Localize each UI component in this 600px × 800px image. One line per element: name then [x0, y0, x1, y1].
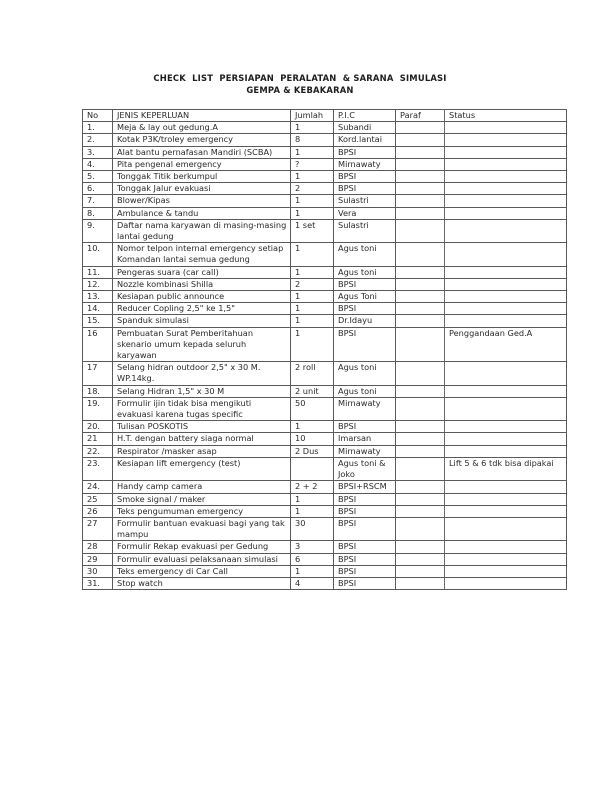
- cell-jumlah: 2 + 2: [291, 481, 334, 493]
- cell-no: 23.: [83, 457, 113, 480]
- table-row: 29Formulir evaluasi pelaksanaan simulasi…: [83, 553, 567, 565]
- table-row: 12.Nozzle kombinasi Shilla2BPSI: [83, 278, 567, 290]
- cell-jenis-keperluan: Pita pengenal emergency: [113, 158, 291, 170]
- cell-jumlah: 1: [291, 505, 334, 517]
- cell-jenis-keperluan: Smoke signal / maker: [113, 493, 291, 505]
- cell-jenis-keperluan: Reducer Copling 2,5" ke 1,5": [113, 303, 291, 315]
- cell-pic: Mirnawaty: [334, 445, 396, 457]
- cell-no: 19.: [83, 397, 113, 420]
- cell-jenis-keperluan: Respirator /masker asap: [113, 445, 291, 457]
- header-pic: P.I.C: [334, 110, 396, 122]
- table-row: 28Formulir Rekap evakuasi per Gedung3BPS…: [83, 541, 567, 553]
- cell-no: 31.: [83, 577, 113, 589]
- cell-paraf: [396, 171, 445, 183]
- table-row: 16Pembuatan Surat Pemberitahuan skenario…: [83, 327, 567, 362]
- cell-no: 7.: [83, 195, 113, 207]
- table-row: 8.Ambulance & tandu1Vera: [83, 207, 567, 219]
- header-jumlah: Jumlah: [291, 110, 334, 122]
- cell-jenis-keperluan: Kotak P3K/troley emergency: [113, 134, 291, 146]
- cell-pic: Mirnawaty: [334, 397, 396, 420]
- cell-status: [445, 278, 567, 290]
- cell-jenis-keperluan: Tonggak Jalur evakuasi: [113, 183, 291, 195]
- cell-jenis-keperluan: Meja & lay out gedung.A: [113, 122, 291, 134]
- header-paraf: Paraf: [396, 110, 445, 122]
- cell-no: 17: [83, 362, 113, 385]
- cell-status: [445, 315, 567, 327]
- cell-jenis-keperluan: Blower/Kipas: [113, 195, 291, 207]
- cell-jenis-keperluan: Selang hidran outdoor 2,5" x 30 M. WP.14…: [113, 362, 291, 385]
- table-body: 1.Meja & lay out gedung.A1Subandi2.Kotak…: [83, 122, 567, 590]
- cell-paraf: [396, 457, 445, 480]
- table-row: 25Smoke signal / maker1BPSI: [83, 493, 567, 505]
- cell-status: [445, 481, 567, 493]
- cell-pic: BPSI: [334, 553, 396, 565]
- table-row: 5.Tonggak Titik berkumpul1BPSI: [83, 171, 567, 183]
- cell-jenis-keperluan: Kesiapan public announce: [113, 291, 291, 303]
- cell-pic: Sulastri: [334, 195, 396, 207]
- cell-status: [445, 303, 567, 315]
- cell-jumlah: [291, 457, 334, 480]
- table-row: 15.Spanduk simulasi1Dr.Idayu: [83, 315, 567, 327]
- cell-status: [445, 517, 567, 540]
- cell-no: 8.: [83, 207, 113, 219]
- cell-jumlah: 2: [291, 183, 334, 195]
- cell-pic: BPSI: [334, 146, 396, 158]
- cell-pic: Agus toni: [334, 362, 396, 385]
- table-row: 2.Kotak P3K/troley emergency8Kord.lantai: [83, 134, 567, 146]
- header-status: Status: [445, 110, 567, 122]
- cell-paraf: [396, 327, 445, 362]
- cell-pic: BPSI: [334, 421, 396, 433]
- cell-paraf: [396, 553, 445, 565]
- cell-no: 18.: [83, 385, 113, 397]
- cell-pic: Agus toni: [334, 385, 396, 397]
- table-row: 7.Blower/Kipas1Sulastri: [83, 195, 567, 207]
- cell-no: 30: [83, 565, 113, 577]
- cell-status: [445, 122, 567, 134]
- cell-jenis-keperluan: Teks pengumuman emergency: [113, 505, 291, 517]
- cell-status: [445, 397, 567, 420]
- cell-no: 5.: [83, 171, 113, 183]
- cell-pic: Agus toni: [334, 243, 396, 266]
- cell-jumlah: 1: [291, 243, 334, 266]
- cell-jumlah: 8: [291, 134, 334, 146]
- cell-paraf: [396, 146, 445, 158]
- cell-paraf: [396, 158, 445, 170]
- cell-jumlah: 2: [291, 278, 334, 290]
- cell-jumlah: 2 roll: [291, 362, 334, 385]
- cell-pic: Dr.Idayu: [334, 315, 396, 327]
- cell-jenis-keperluan: Pembuatan Surat Pemberitahuan skenario u…: [113, 327, 291, 362]
- cell-jenis-keperluan: Handy camp camera: [113, 481, 291, 493]
- cell-jumlah: 4: [291, 577, 334, 589]
- cell-status: [445, 195, 567, 207]
- cell-pic: Agus Toni: [334, 291, 396, 303]
- cell-pic: BPSI: [334, 303, 396, 315]
- cell-paraf: [396, 517, 445, 540]
- cell-paraf: [396, 315, 445, 327]
- cell-jumlah: 1: [291, 421, 334, 433]
- cell-pic: Imarsan: [334, 433, 396, 445]
- cell-paraf: [396, 397, 445, 420]
- cell-paraf: [396, 122, 445, 134]
- cell-pic: BPSI: [334, 565, 396, 577]
- cell-paraf: [396, 183, 445, 195]
- cell-status: [445, 171, 567, 183]
- cell-pic: Mirnawaty: [334, 158, 396, 170]
- table-row: 10.Nomor telpon internal emergency setia…: [83, 243, 567, 266]
- cell-jumlah: 2 unit: [291, 385, 334, 397]
- cell-status: [445, 565, 567, 577]
- cell-jumlah: 2 Dus: [291, 445, 334, 457]
- cell-no: 10.: [83, 243, 113, 266]
- cell-jumlah: 3: [291, 541, 334, 553]
- table-row: 23.Kesiapan lift emergency (test)Agus to…: [83, 457, 567, 480]
- cell-jenis-keperluan: Formulir Rekap evakuasi per Gedung: [113, 541, 291, 553]
- cell-no: 12.: [83, 278, 113, 290]
- table-row: 26Teks pengumuman emergency1BPSI: [83, 505, 567, 517]
- cell-paraf: [396, 541, 445, 553]
- table-row: 11.Pengeras suara (car call)1Agus toni: [83, 266, 567, 278]
- checklist-table: No JENIS KEPERLUAN Jumlah P.I.C Paraf St…: [82, 109, 567, 590]
- cell-paraf: [396, 421, 445, 433]
- table-row: 18.Selang Hidran 1,5" x 30 M2 unitAgus t…: [83, 385, 567, 397]
- cell-jumlah: ?: [291, 158, 334, 170]
- cell-jumlah: 50: [291, 397, 334, 420]
- table-row: 9.Daftar nama karyawan di masing-masing …: [83, 219, 567, 242]
- cell-jenis-keperluan: Kesiapan lift emergency (test): [113, 457, 291, 480]
- cell-jumlah: 1: [291, 291, 334, 303]
- cell-no: 21: [83, 433, 113, 445]
- cell-jenis-keperluan: Formulir bantuan evakuasi bagi yang tak …: [113, 517, 291, 540]
- cell-jenis-keperluan: Tulisan POSKOTIS: [113, 421, 291, 433]
- cell-status: [445, 493, 567, 505]
- cell-jumlah: 10: [291, 433, 334, 445]
- cell-paraf: [396, 385, 445, 397]
- cell-pic: BPSI: [334, 505, 396, 517]
- cell-status: [445, 362, 567, 385]
- cell-jenis-keperluan: Nozzle kombinasi Shilla: [113, 278, 291, 290]
- table-row: 24.Handy camp camera2 + 2BPSI+RSCM: [83, 481, 567, 493]
- cell-paraf: [396, 219, 445, 242]
- cell-no: 9.: [83, 219, 113, 242]
- table-row: 3.Alat bantu pernafasan Mandiri (SCBA)1B…: [83, 146, 567, 158]
- table-row: 17Selang hidran outdoor 2,5" x 30 M. WP.…: [83, 362, 567, 385]
- cell-jenis-keperluan: Stop watch: [113, 577, 291, 589]
- cell-status: [445, 134, 567, 146]
- cell-paraf: [396, 433, 445, 445]
- cell-no: 6.: [83, 183, 113, 195]
- cell-paraf: [396, 195, 445, 207]
- cell-jumlah: 6: [291, 553, 334, 565]
- table-row: 22.Respirator /masker asap2 DusMirnawaty: [83, 445, 567, 457]
- header-jenis-keperluan: JENIS KEPERLUAN: [113, 110, 291, 122]
- cell-status: [445, 219, 567, 242]
- cell-status: [445, 291, 567, 303]
- cell-pic: BPSI: [334, 541, 396, 553]
- cell-paraf: [396, 493, 445, 505]
- table-row: 19.Formulir ijin tidak bisa mengikuti ev…: [83, 397, 567, 420]
- cell-paraf: [396, 207, 445, 219]
- cell-paraf: [396, 303, 445, 315]
- cell-pic: Kord.lantai: [334, 134, 396, 146]
- cell-paraf: [396, 362, 445, 385]
- cell-jenis-keperluan: Teks emergency di Car Call: [113, 565, 291, 577]
- cell-pic: BPSI: [334, 183, 396, 195]
- cell-pic: BPSI: [334, 577, 396, 589]
- table-row: 20.Tulisan POSKOTIS1BPSI: [83, 421, 567, 433]
- table-row: 13.Kesiapan public announce1Agus Toni: [83, 291, 567, 303]
- cell-no: 25: [83, 493, 113, 505]
- cell-jenis-keperluan: Nomor telpon internal emergency setiap K…: [113, 243, 291, 266]
- cell-pic: BPSI: [334, 327, 396, 362]
- table-header-row: No JENIS KEPERLUAN Jumlah P.I.C Paraf St…: [83, 110, 567, 122]
- cell-pic: Vera: [334, 207, 396, 219]
- cell-jumlah: 1: [291, 493, 334, 505]
- cell-jenis-keperluan: Alat bantu pernafasan Mandiri (SCBA): [113, 146, 291, 158]
- cell-paraf: [396, 481, 445, 493]
- header-no: No: [83, 110, 113, 122]
- cell-jenis-keperluan: Pengeras suara (car call): [113, 266, 291, 278]
- cell-paraf: [396, 243, 445, 266]
- cell-no: 4.: [83, 158, 113, 170]
- table-row: 14.Reducer Copling 2,5" ke 1,5"1BPSI: [83, 303, 567, 315]
- cell-status: [445, 243, 567, 266]
- cell-status: [445, 445, 567, 457]
- cell-no: 24.: [83, 481, 113, 493]
- cell-status: [445, 385, 567, 397]
- cell-status: [445, 541, 567, 553]
- cell-jenis-keperluan: Selang Hidran 1,5" x 30 M: [113, 385, 291, 397]
- cell-paraf: [396, 291, 445, 303]
- cell-jumlah: 1: [291, 207, 334, 219]
- cell-jenis-keperluan: Formulir evaluasi pelaksanaan simulasi: [113, 553, 291, 565]
- cell-jumlah: 1: [291, 266, 334, 278]
- cell-pic: Agus toni: [334, 266, 396, 278]
- table-row: 30Teks emergency di Car Call1BPSI: [83, 565, 567, 577]
- cell-status: [445, 207, 567, 219]
- cell-paraf: [396, 565, 445, 577]
- table-row: 6.Tonggak Jalur evakuasi2BPSI: [83, 183, 567, 195]
- cell-pic: BPSI: [334, 278, 396, 290]
- cell-paraf: [396, 577, 445, 589]
- cell-no: 26: [83, 505, 113, 517]
- cell-jumlah: 1: [291, 303, 334, 315]
- cell-no: 1.: [83, 122, 113, 134]
- cell-jenis-keperluan: Spanduk simulasi: [113, 315, 291, 327]
- cell-jumlah: 30: [291, 517, 334, 540]
- cell-paraf: [396, 134, 445, 146]
- cell-status: [445, 505, 567, 517]
- cell-no: 2.: [83, 134, 113, 146]
- cell-jumlah: 1: [291, 195, 334, 207]
- cell-pic: BPSI: [334, 493, 396, 505]
- cell-no: 13.: [83, 291, 113, 303]
- cell-jenis-keperluan: H.T. dengan battery siaga normal: [113, 433, 291, 445]
- table-row: 1.Meja & lay out gedung.A1Subandi: [83, 122, 567, 134]
- cell-paraf: [396, 278, 445, 290]
- cell-paraf: [396, 505, 445, 517]
- cell-pic: BPSI: [334, 517, 396, 540]
- cell-pic: Agus toni & Joko: [334, 457, 396, 480]
- cell-status: [445, 158, 567, 170]
- table-row: 4.Pita pengenal emergency?Mirnawaty: [83, 158, 567, 170]
- title-line-1: CHECK LIST PERSIAPAN PERALATAN & SARANA …: [0, 72, 600, 84]
- cell-no: 11.: [83, 266, 113, 278]
- cell-jenis-keperluan: Tonggak Titik berkumpul: [113, 171, 291, 183]
- cell-jumlah: 1: [291, 122, 334, 134]
- cell-jumlah: 1 set: [291, 219, 334, 242]
- cell-paraf: [396, 266, 445, 278]
- cell-pic: BPSI: [334, 171, 396, 183]
- cell-status: [445, 433, 567, 445]
- cell-jumlah: 1: [291, 146, 334, 158]
- cell-no: 14.: [83, 303, 113, 315]
- cell-no: 28: [83, 541, 113, 553]
- cell-pic: Sulastri: [334, 219, 396, 242]
- cell-status: [445, 421, 567, 433]
- document-title: CHECK LIST PERSIAPAN PERALATAN & SARANA …: [0, 72, 600, 96]
- cell-status: [445, 577, 567, 589]
- cell-status: [445, 146, 567, 158]
- cell-jumlah: 1: [291, 565, 334, 577]
- table-row: 21H.T. dengan battery siaga normal10Imar…: [83, 433, 567, 445]
- cell-paraf: [396, 445, 445, 457]
- cell-jenis-keperluan: Ambulance & tandu: [113, 207, 291, 219]
- cell-jumlah: 1: [291, 315, 334, 327]
- cell-pic: Subandi: [334, 122, 396, 134]
- table-row: 31.Stop watch4BPSI: [83, 577, 567, 589]
- cell-jumlah: 1: [291, 327, 334, 362]
- title-line-2: GEMPA & KEBAKARAN: [0, 84, 600, 96]
- cell-no: 29: [83, 553, 113, 565]
- cell-no: 22.: [83, 445, 113, 457]
- table-row: 27Formulir bantuan evakuasi bagi yang ta…: [83, 517, 567, 540]
- cell-no: 15.: [83, 315, 113, 327]
- cell-no: 3.: [83, 146, 113, 158]
- cell-status: Penggandaan Ged.A: [445, 327, 567, 362]
- cell-no: 16: [83, 327, 113, 362]
- cell-no: 20.: [83, 421, 113, 433]
- cell-jumlah: 1: [291, 171, 334, 183]
- cell-no: 27: [83, 517, 113, 540]
- cell-pic: BPSI+RSCM: [334, 481, 396, 493]
- cell-jenis-keperluan: Daftar nama karyawan di masing-masing la…: [113, 219, 291, 242]
- cell-status: [445, 553, 567, 565]
- cell-status: Lift 5 & 6 tdk bisa dipakai: [445, 457, 567, 480]
- cell-status: [445, 266, 567, 278]
- cell-jenis-keperluan: Formulir ijin tidak bisa mengikuti evaku…: [113, 397, 291, 420]
- cell-status: [445, 183, 567, 195]
